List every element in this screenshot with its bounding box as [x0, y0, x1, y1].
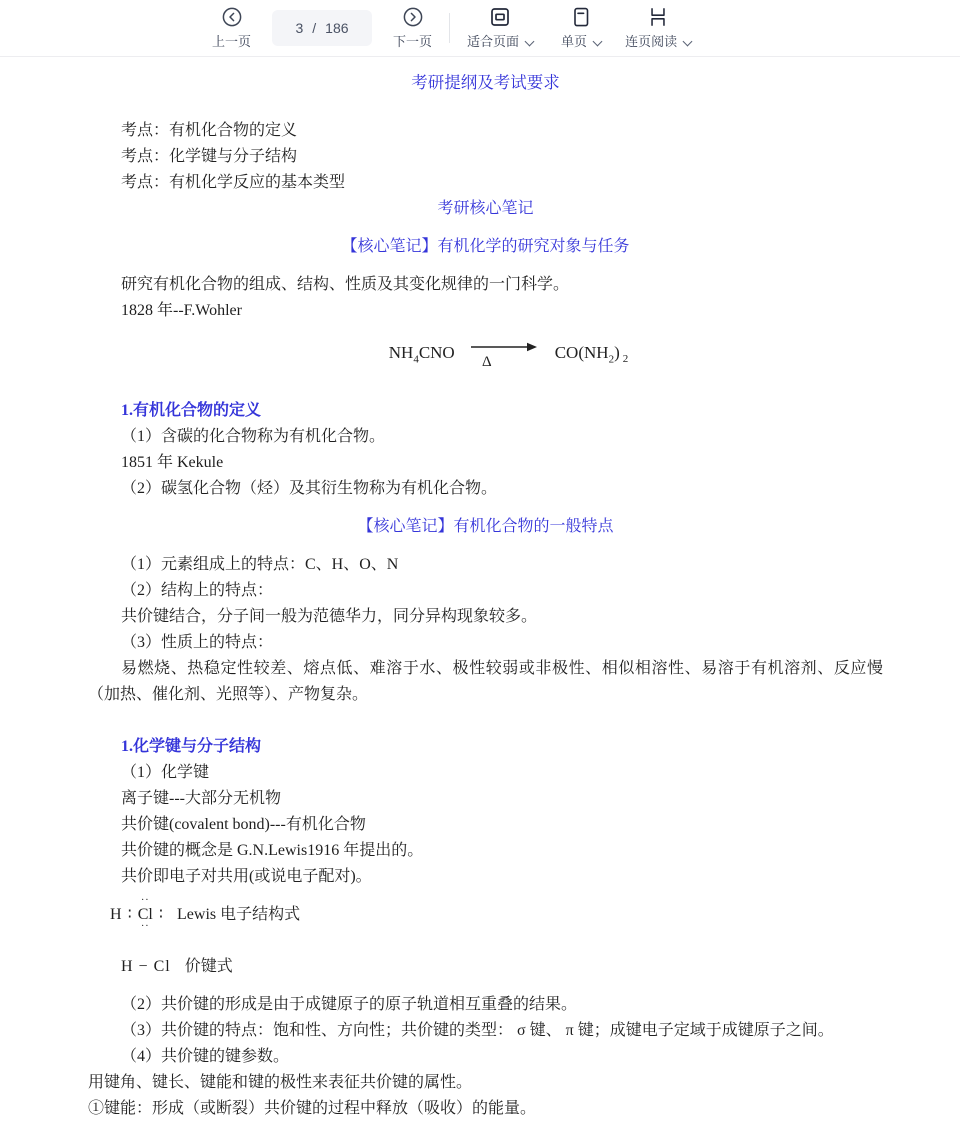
toolbar-divider	[449, 13, 450, 43]
body-line: （1）含碳的化合物称为有机化合物。	[88, 424, 883, 450]
exam-point-line: 考点：有机化学反应的基本类型	[88, 170, 883, 196]
note2-lines: （1）元素组成上的特点：C、H、O、N （2）结构上的特点： 共价键结合，分子间…	[88, 552, 883, 656]
electron-dots-icon: ··	[141, 922, 150, 932]
document-page: 考研提纲及考试要求 考点：有机化合物的定义 考点：化学键与分子结构 考点：有机化…	[0, 70, 960, 1122]
equation-product: CO(NH2)2	[555, 343, 629, 365]
reaction-arrow-icon: Δ	[467, 337, 543, 371]
valence-bond-line: H − Cl 价键式	[88, 954, 883, 980]
next-page-button[interactable]: 下一页	[393, 6, 432, 50]
body-line: （4）共价键的键参数。	[88, 1044, 883, 1070]
fit-page-button[interactable]: 适合页面	[467, 6, 533, 50]
chevron-down-icon	[683, 36, 693, 46]
single-page-button[interactable]: 单页	[561, 6, 601, 50]
doc-title: 考研提纲及考试要求	[88, 70, 883, 96]
chevron-left-circle-icon	[221, 6, 243, 33]
lewis-label: Lewis 电子结构式	[177, 906, 300, 923]
prev-page-label: 上一页	[212, 35, 251, 50]
continuous-read-label: 连页阅读	[625, 35, 677, 50]
body-line: 用键角、键长、键能和键的极性来表征共价键的属性。	[88, 1070, 883, 1096]
section-heading: 1.有机化合物的定义	[88, 398, 883, 424]
single-page-label: 单页	[561, 35, 587, 50]
single-page-icon	[570, 6, 592, 33]
lewis-atom: ··Cl··	[138, 902, 153, 928]
hcl-label: 价键式	[185, 958, 233, 975]
continuous-read-icon	[647, 6, 669, 33]
exam-points: 考点：有机化合物的定义 考点：化学键与分子结构 考点：有机化学反应的基本类型	[88, 118, 883, 196]
body-line: 共价即电子对共用(或说电子配对)。	[88, 864, 883, 890]
chevron-down-icon	[593, 36, 603, 46]
viewer-toolbar: 上一页 3 / 186 下一页 适合页面	[0, 0, 960, 57]
chevron-right-circle-icon	[402, 6, 424, 33]
body-line: （3）共价键的特点：饱和性、方向性；共价键的类型： σ 键、 π 键；成键电子定…	[88, 1018, 883, 1044]
electron-dots-icon: ··	[141, 896, 150, 906]
chevron-down-icon	[525, 36, 535, 46]
body-line: （2）共价键的形成是由于成键原子的原子轨道相互重叠的结果。	[88, 992, 883, 1018]
fit-page-icon	[489, 6, 511, 33]
body-line: ①键能：形成（或断裂）共价键的过程中释放（吸收）的能量。	[88, 1096, 883, 1122]
fit-page-label: 适合页面	[467, 35, 519, 50]
page-number-input[interactable]: 3 / 186	[272, 10, 372, 46]
lewis-structure-line: H∶··Cl··∶Lewis 电子结构式	[88, 902, 883, 928]
equation-reactant: NH4CNO	[389, 343, 455, 365]
body-line: 共价键(covalent bond)---有机化合物	[88, 812, 883, 838]
prev-page-button[interactable]: 上一页	[212, 6, 251, 50]
body-line: （1）元素组成上的特点：C、H、O、N	[88, 552, 883, 578]
section-heading: 1.化学键与分子结构	[88, 734, 883, 760]
body-line: （2）结构上的特点：	[88, 578, 883, 604]
hcl-formula: H − Cl	[121, 958, 171, 975]
note1-heading: 【核心笔记】有机化学的研究对象与任务	[88, 234, 883, 260]
continuous-read-button[interactable]: 连页阅读	[625, 6, 691, 50]
equation-condition: Δ	[482, 354, 492, 370]
body-line: （3）性质上的特点：	[88, 630, 883, 656]
body-line: 1851 年 Kekule	[88, 450, 883, 476]
body-paragraph: 易燃烧、热稳定性较差、熔点低、难溶于水、极性较弱或非极性、相似相溶性、易溶于有机…	[88, 656, 883, 708]
next-page-label: 下一页	[393, 35, 432, 50]
body-line: 共价键结合，分子间一般为范德华力，同分异构现象较多。	[88, 604, 883, 630]
core-notes-heading: 考研核心笔记	[88, 196, 883, 222]
page-current[interactable]: 3	[295, 20, 303, 36]
sec2b-lines: （2）共价键的形成是由于成键原子的原子轨道相互重叠的结果。 （3）共价键的特点：…	[88, 992, 883, 1122]
note2-heading: 【核心笔记】有机化合物的一般特点	[88, 514, 883, 540]
body-line: （2）碳氢化合物（烃）及其衍生物称为有机化合物。	[88, 476, 883, 502]
page-total: 186	[325, 20, 348, 36]
exam-point-line: 考点：化学键与分子结构	[88, 144, 883, 170]
body-line: （1）化学键	[88, 760, 883, 786]
exam-point-line: 考点：有机化合物的定义	[88, 118, 883, 144]
body-line: 研究有机化合物的组成、结构、性质及其变化规律的一门科学。	[88, 272, 883, 298]
chemical-equation: NH4CNO Δ CO(NH2)2	[111, 334, 906, 374]
body-line: 离子键---大部分无机物	[88, 786, 883, 812]
body-line: 1828 年--F.Wohler	[88, 298, 883, 324]
page-separator: /	[312, 20, 316, 36]
body-line: 共价键的概念是 G.N.Lewis1916 年提出的。	[88, 838, 883, 864]
